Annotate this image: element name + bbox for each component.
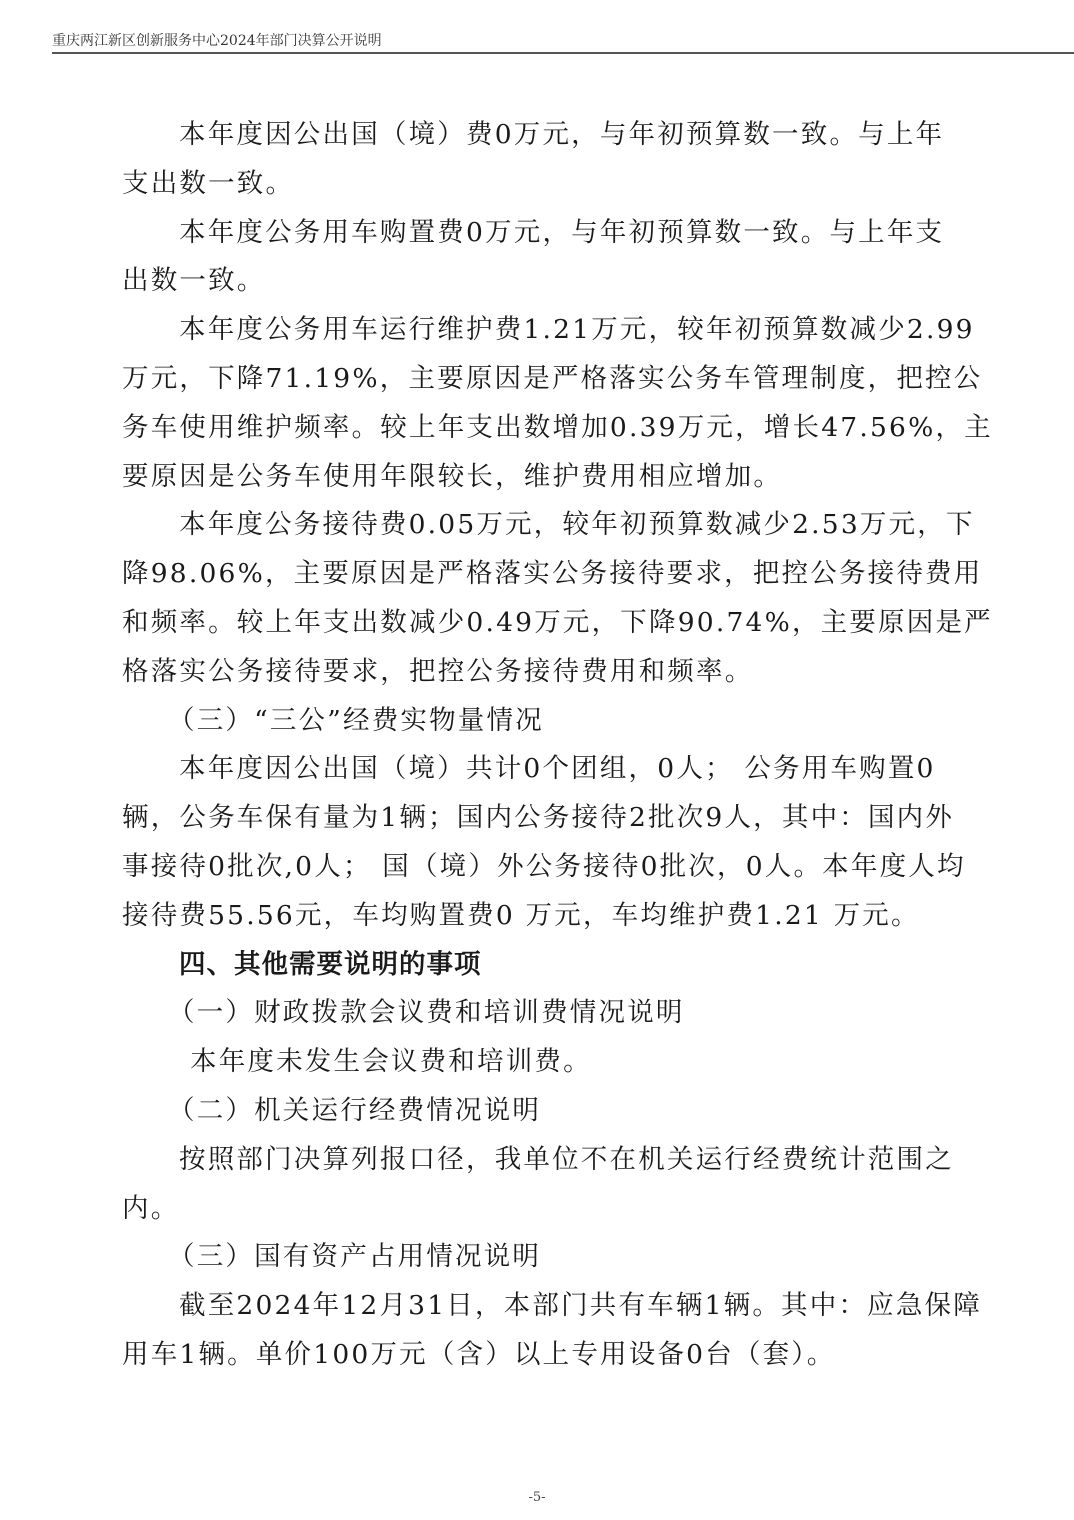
paragraph-line: 辆，公务车保有量为1辆；国内公务接待2批次9人，其中：国内外: [122, 794, 960, 843]
paragraph-line: 万元，下降71.19%，主要原因是严格落实公务车管理制度，把控公: [122, 355, 960, 404]
paragraph-line: 按照部门决算列报口径，我单位不在机关运行经费统计范围之: [122, 1136, 960, 1185]
paragraph-line: 本年度因公出国（境）共计0个团组，0人； 公务用车购置0: [122, 745, 960, 794]
paragraph-line: 要原因是公务车使用年限较长，维护费用相应增加。: [122, 453, 960, 502]
paragraph-line: 降98.06%，主要原因是严格落实公务接待要求，把控公务接待费用: [122, 550, 960, 599]
section-heading-operation-funds: （二）机关运行经费情况说明: [122, 1087, 960, 1136]
paragraph-line: 用车1辆。单价100万元（含）以上专用设备0台（套）。: [122, 1331, 960, 1380]
paragraph-line: 本年度公务接待费0.05万元，较年初预算数减少2.53万元，下: [122, 501, 960, 550]
section-heading-other-matters: 四、其他需要说明的事项: [122, 941, 960, 990]
paragraph-line: 务车使用维护频率。较上年支出数增加0.39万元，增长47.56%，主: [122, 404, 960, 453]
section-heading-sangong: （三）“三公”经费实物量情况: [122, 697, 960, 746]
header-divider: [52, 52, 1074, 54]
section-heading-state-assets: （三）国有资产占用情况说明: [122, 1233, 960, 1282]
document-header-title: 重庆两江新区创新服务中心2024年部门决算公开说明: [52, 30, 382, 50]
paragraph-line: 内。: [122, 1185, 960, 1234]
paragraph-line: 事接待0批次,0人； 国（境）外公务接待0批次，0人。本年度人均: [122, 843, 960, 892]
paragraph-line: 本年度未发生会议费和培训费。: [122, 1038, 960, 1087]
paragraph-line: 本年度公务用车运行维护费1.21万元，较年初预算数减少2.99: [122, 306, 960, 355]
paragraph-line: 接待费55.56元，车均购置费0 万元，车均维护费1.21 万元。: [122, 892, 960, 941]
paragraph-line: 格落实公务接待要求，把控公务接待费用和频率。: [122, 648, 960, 697]
paragraph-line: 本年度公务用车购置费0万元，与年初预算数一致。与上年支: [122, 209, 960, 258]
document-body: 本年度因公出国（境）费0万元，与年初预算数一致。与上年 支出数一致。 本年度公务…: [122, 111, 960, 1380]
page-number: -5-: [0, 1490, 1074, 1505]
paragraph-line: 截至2024年12月31日，本部门共有车辆1辆。其中：应急保障: [122, 1282, 960, 1331]
paragraph-line: 本年度因公出国（境）费0万元，与年初预算数一致。与上年: [122, 111, 960, 160]
paragraph-line: 出数一致。: [122, 257, 960, 306]
section-heading-meeting-training: （一）财政拨款会议费和培训费情况说明: [122, 989, 960, 1038]
paragraph-line: 和频率。较上年支出数减少0.49万元，下降90.74%，主要原因是严: [122, 599, 960, 648]
paragraph-line: 支出数一致。: [122, 160, 960, 209]
